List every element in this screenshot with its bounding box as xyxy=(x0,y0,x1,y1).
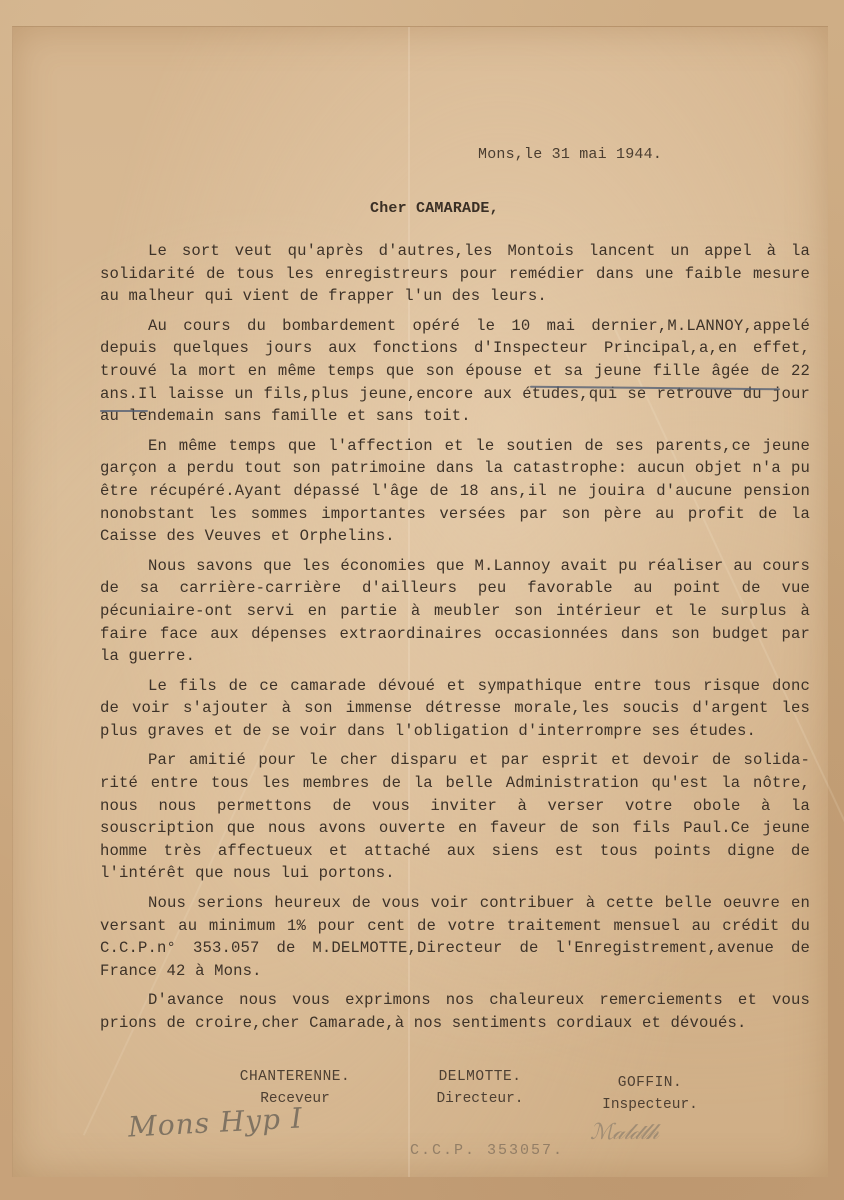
signatory-title: Directeur. xyxy=(420,1088,540,1110)
paragraph-son-situation: Le fils de ce camarade dévoué et sympath… xyxy=(100,675,810,743)
signature-block-directeur: DELMOTTE. Directeur. xyxy=(420,1066,540,1110)
salutation: Cher CAMARADE, xyxy=(370,198,499,220)
paragraph-invitation: Par amitié pour le cher disparu et par e… xyxy=(100,749,810,885)
signatory-name: CHANTERENNE. xyxy=(230,1066,360,1088)
paragraph-bombardment: Au cours du bombardement opéré le 10 mai… xyxy=(100,315,810,428)
paragraph-savings: Nous savons que les économies que M.Lann… xyxy=(100,555,810,668)
paragraph-appeal: Le sort veut qu'après d'autres,les Monto… xyxy=(100,240,810,308)
letter-body: Le sort veut qu'après d'autres,les Monto… xyxy=(100,240,810,1035)
paragraph-loss: En même temps que l'affection et le sout… xyxy=(100,435,810,548)
paragraph-closing: D'avance nous vous exprimons nos chaleur… xyxy=(100,989,810,1034)
blue-pencil-underline xyxy=(100,410,148,412)
signatory-name: DELMOTTE. xyxy=(420,1066,540,1088)
date-line: Mons,le 31 mai 1944. xyxy=(478,144,662,166)
paragraph-contribution: Nous serions heureux de vous voir contri… xyxy=(100,892,810,982)
signatory-name: GOFFIN. xyxy=(580,1072,720,1094)
ccp-stamp: C.C.P. 353057. xyxy=(410,1142,564,1159)
signatory-title: Inspecteur. xyxy=(580,1094,720,1116)
signature-block-inspecteur: GOFFIN. Inspecteur. xyxy=(580,1072,720,1116)
handwritten-signature-scrawl: ℳ𝒶𝓁𝒹𝓁𝒽 xyxy=(590,1120,658,1145)
